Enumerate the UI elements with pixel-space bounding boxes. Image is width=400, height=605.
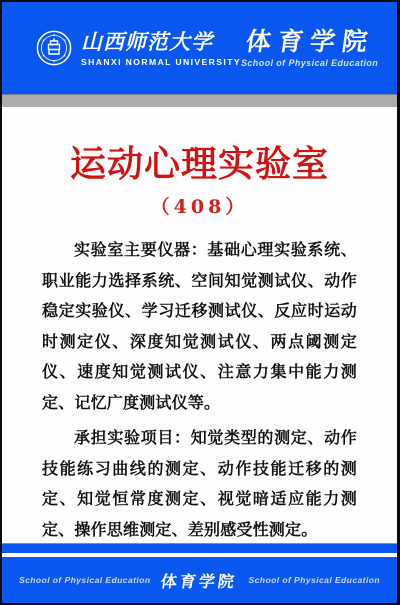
- college-name-zh: 体育学院: [244, 29, 376, 55]
- footer-college-en-right: School of Physical Education: [249, 575, 381, 585]
- footer-college-zh: 体育学院: [160, 569, 239, 592]
- projects-paragraph: 承担实验项目：知觉类型的测定、动作技能练习曲线的测定、动作技能迁移的测定、知觉恒…: [2, 424, 397, 546]
- footer-stripe: [2, 543, 397, 553]
- lab-sign-poster: 山西师范大学 SHANXI NORMAL UNIVERSITY 体育学院 Sch…: [0, 0, 400, 605]
- footer-college-en-left: School of Physical Education: [19, 575, 151, 585]
- header-banner: 山西师范大学 SHANXI NORMAL UNIVERSITY 体育学院 Sch…: [2, 2, 397, 94]
- equipment-paragraph: 实验室主要仪器：基础心理实验系统、职业能力选择系统、空间知觉测试仪、动作稳定实验…: [2, 236, 397, 419]
- equipment-lead: 实验室主要仪器：: [74, 242, 207, 259]
- university-name-en: SHANXI NORMAL UNIVERSITY: [81, 57, 241, 67]
- footer-banner: School of Physical Education 体育学院 School…: [2, 557, 397, 603]
- university-name-zh: 山西师范大学: [81, 30, 241, 54]
- university-seal-icon: [36, 30, 72, 66]
- university-names: 山西师范大学 SHANXI NORMAL UNIVERSITY: [81, 30, 241, 67]
- sign-body: 运动心理实验室 （408） 实验室主要仪器：基础心理实验系统、职业能力选择系统、…: [2, 107, 397, 539]
- college-brand: 体育学院 School of Physical Education: [241, 29, 378, 68]
- projects-lead: 承担实验项目：: [74, 430, 191, 447]
- college-name-en: School of Physical Education: [241, 58, 378, 68]
- room-number: （408）: [2, 192, 397, 219]
- divider-bar: [2, 94, 397, 108]
- equipment-text: 基础心理实验系统、职业能力选择系统、空间知觉测试仪、动作稳定实验仪、学习迁移测试…: [42, 242, 357, 412]
- lab-title: 运动心理实验室: [2, 143, 397, 185]
- university-brand: 山西师范大学 SHANXI NORMAL UNIVERSITY: [36, 30, 241, 67]
